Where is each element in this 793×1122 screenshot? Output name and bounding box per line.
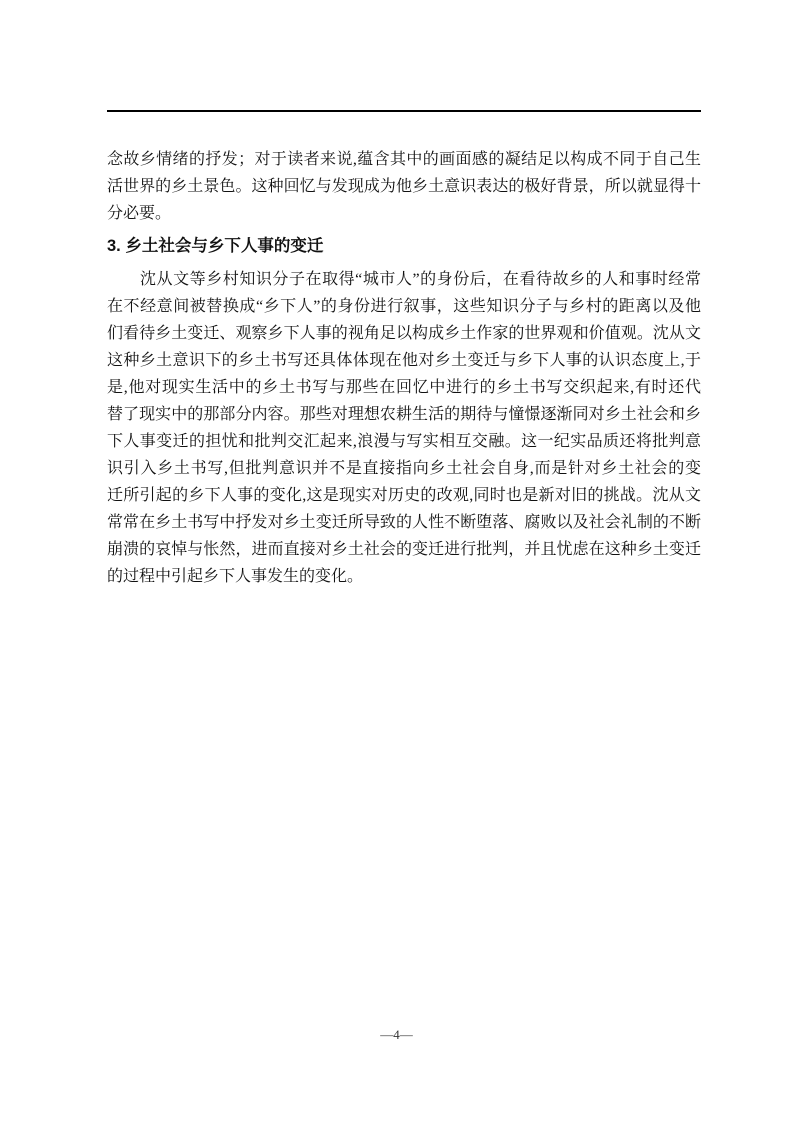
text-line: 在不经意间被替换成“乡下人”的身份进行叙事，这些知识分子与乡村的距离以及他 — [107, 293, 701, 320]
text-line: 这种乡土意识下的乡土书写还具体体现在他对乡土变迁与乡下人事的认识态度上,于 — [107, 347, 701, 374]
text-line: 识引入乡土书写,但批判意识并不是直接指向乡土社会自身,而是针对乡土社会的变 — [107, 455, 701, 482]
text-line: 迁所引起的乡下人事的变化,这是现实对历史的改观,同时也是新对旧的挑战。沈从文 — [107, 482, 701, 509]
text-line: 常常在乡土书写中抒发对乡土变迁所导致的人性不断堕落、腐败以及社会礼制的不断 — [107, 509, 701, 536]
page-number: —4— — [380, 1027, 413, 1042]
text-line: 替了现实中的那部分内容。那些对理想农耕生活的期待与憧憬逐渐同对乡土社会和乡 — [107, 401, 701, 428]
text-line: 分必要。 — [107, 200, 701, 227]
text-line: 念故乡情绪的抒发；对于读者来说,蕴含其中的画面感的凝结足以构成不同于自己生 — [107, 146, 701, 173]
text-line: 下人事变迁的担忧和批判交汇起来,浪漫与写实相互交融。这一纪实品质还将批判意 — [107, 428, 701, 455]
paragraph-body: 沈从文等乡村知识分子在取得“城市人”的身份后，在看待故乡的人和事时经常 在不经意… — [107, 266, 701, 590]
header-divider — [107, 110, 701, 112]
text-line: 活世界的乡土景色。这种回忆与发现成为他乡土意识表达的极好背景，所以就显得十 — [107, 173, 701, 200]
text-line: 沈从文等乡村知识分子在取得“城市人”的身份后，在看待故乡的人和事时经常 — [107, 266, 701, 293]
text-line: 们看待乡土变迁、观察乡下人事的视角足以构成乡土作家的世界观和价值观。沈从文 — [107, 320, 701, 347]
paragraph-continuation: 念故乡情绪的抒发；对于读者来说,蕴含其中的画面感的凝结足以构成不同于自己生 活世… — [107, 146, 701, 227]
text-line: 是,他对现实生活中的乡土书写与那些在回忆中进行的乡土书写交织起来,有时还代 — [107, 374, 701, 401]
page-footer: —4— — [0, 1027, 793, 1043]
text-line: 的过程中引起乡下人事发生的变化。 — [107, 563, 701, 590]
text-line: 崩溃的哀悼与怅然，进而直接对乡土社会的变迁进行批判，并且忧虑在这种乡土变迁 — [107, 536, 701, 563]
section-heading: 3. 乡土社会与乡下人事的变迁 — [107, 233, 701, 260]
document-page: 念故乡情绪的抒发；对于读者来说,蕴含其中的画面感的凝结足以构成不同于自己生 活世… — [0, 0, 793, 1122]
page-body: 念故乡情绪的抒发；对于读者来说,蕴含其中的画面感的凝结足以构成不同于自己生 活世… — [107, 146, 701, 590]
